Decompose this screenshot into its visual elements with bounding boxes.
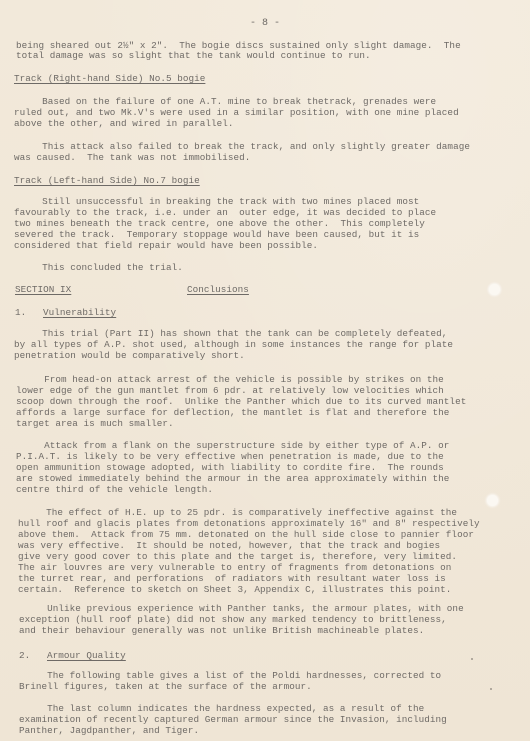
heading-track-right: Track (Right-hand Side) No.5 bogie — [14, 73, 205, 84]
text-line: Brinell figures, taken at the surface of… — [19, 681, 312, 692]
text-line: Based on the failure of one A.T. mine to… — [14, 96, 436, 107]
paper-speck — [471, 658, 473, 660]
text-line: examination of recently captured German … — [19, 714, 447, 725]
text-line: penetration would be comparatively short… — [14, 350, 245, 361]
text-line: affords a large surface for deflection, … — [16, 407, 449, 418]
text-line: severed the track. Temporary stoppage wo… — [14, 229, 419, 240]
page-number: - 8 - — [0, 18, 530, 29]
text-line: certain. Reference to sketch on Sheet 3,… — [18, 584, 451, 595]
text-line: above them. Attack from 75 mm. detonated… — [18, 529, 474, 540]
text-line: From head-on attack arrest of the vehicl… — [16, 374, 444, 385]
text-line: considered that field repair would have … — [14, 240, 318, 251]
heading-vulnerability: Vulnerability — [43, 307, 116, 318]
text-line: The air louvres are very vulnerable to e… — [18, 562, 451, 573]
punch-hole-icon — [489, 284, 500, 295]
text-line: favourably to the track, i.e. under an o… — [14, 207, 436, 218]
text-line: Still unsuccessful in breaking the track… — [14, 196, 419, 207]
paper-speck — [490, 688, 492, 690]
text-line: was very effective. It should be noted, … — [18, 540, 440, 551]
text-line: by all types of A.P. shot used, although… — [14, 339, 453, 350]
text-line: The last column indicates the hardness e… — [19, 703, 424, 714]
text-line: target area is much smaller. — [16, 418, 174, 429]
punch-hole-icon — [487, 495, 498, 506]
heading-armour-quality: Armour Quality — [47, 650, 126, 661]
text-line: The following table gives a list of the … — [19, 670, 441, 681]
text-line: Panther, Jagdpanther, and Tiger. — [19, 725, 199, 736]
text-line: above the other, and wired in parallel. — [14, 118, 234, 129]
text-line: This attack also failed to break the tra… — [14, 141, 470, 152]
text-line: ruled out, and two Mk.V's were used in a… — [14, 107, 459, 118]
text-line: open ammunition stowage adopted, with li… — [16, 462, 444, 473]
text-line: the turret rear, and perforations of rad… — [18, 573, 446, 584]
text-line: lower edge of the gun mantlet from 6 pdr… — [16, 385, 444, 396]
heading-track-left: Track (Left-hand Side) No.7 bogie — [14, 175, 200, 186]
text-line: exception (hull roof plate) did not show… — [19, 614, 447, 625]
text-line: This concluded the trial. — [14, 262, 183, 273]
section-title: Conclusions — [187, 284, 249, 295]
item-number: 2. — [19, 650, 30, 661]
text-line: two mines beneath the track centre, one … — [14, 218, 425, 229]
text-line: Attack from a flank on the superstructur… — [16, 440, 449, 451]
text-line: are stowed immediately behind the armour… — [16, 473, 449, 484]
text-line: was caused. The tank was not immobilised… — [14, 152, 250, 163]
text-line: give very good cover to this plate and t… — [18, 551, 457, 562]
text-line: This trial (Part II) has shown that the … — [14, 328, 447, 339]
text-line: total damage was so slight that the tank… — [16, 50, 371, 61]
text-line: scoop down through the roof. Unlike the … — [16, 396, 466, 407]
text-line: and their behaviour generally was not un… — [19, 625, 424, 636]
text-line: centre third of the vehicle length. — [16, 484, 213, 495]
text-line: Unlike previous experience with Panther … — [19, 603, 464, 614]
text-line: P.I.A.T. is likely to be very effective … — [16, 451, 444, 462]
item-number: 1. — [15, 307, 26, 318]
text-line: The effect of H.E. up to 25 pdr. is comp… — [18, 507, 457, 518]
section-label: SECTION IX — [15, 284, 71, 295]
text-line: hull roof and glacis plates from detonat… — [18, 518, 480, 529]
document-page: - 8 - being sheared out 2½" x 2". The bo… — [0, 0, 530, 741]
